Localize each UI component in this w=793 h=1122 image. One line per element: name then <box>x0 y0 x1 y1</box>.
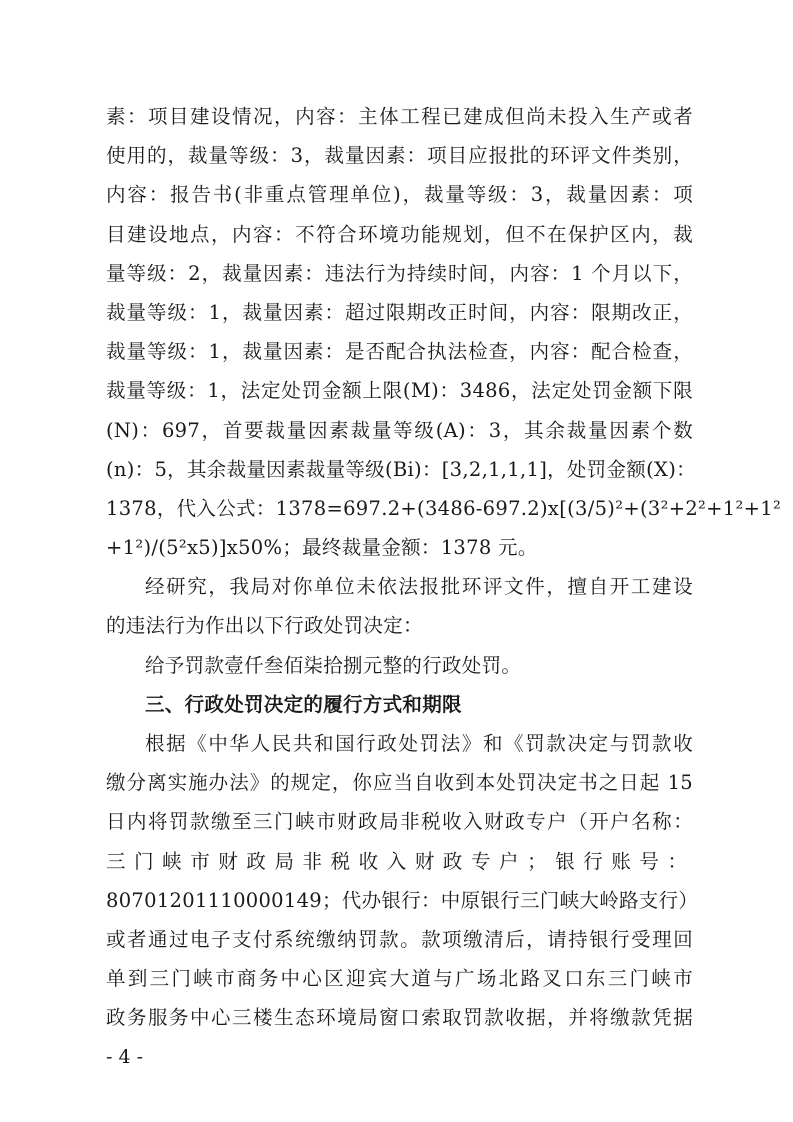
text-line: 日内将罚款缴至三门峡市财政局非税收入财政专户（开户名称： <box>106 802 693 841</box>
text-line: 素：项目建设情况，内容：主体工程已建成但尚未投入生产或者 <box>106 97 693 136</box>
text-line: 或者通过电子支付系统缴纳罚款。款项缴清后，请持银行受理回 <box>106 920 693 959</box>
document-page: 素：项目建设情况，内容：主体工程已建成但尚未投入生产或者 使用的，裁量等级：3，… <box>106 97 693 1038</box>
text-line: 裁量等级：1，法定处罚金额上限(M)：3486，法定处罚金额下限 <box>106 371 693 410</box>
text-line: (n)：5，其余裁量因素裁量等级(Bi)：[3,2,1,1,1]，处罚金额(X)… <box>106 450 693 489</box>
paragraph-start: 根据《中华人民共和国行政处罚法》和《罚款决定与罚款收 <box>106 724 693 763</box>
text-line: 的违法行为作出以下行政处罚决定： <box>106 606 693 645</box>
text-line: 单到三门峡市商务中心区迎宾大道与广场北路叉口东三门峡市 <box>106 959 693 998</box>
paragraph-start: 经研究，我局对你单位未依法报批环评文件，擅自开工建设 <box>106 567 693 606</box>
text-line: 政务服务中心三楼生态环境局窗口索取罚款收据，并将缴款凭据 <box>106 998 693 1037</box>
text-line: 裁量等级：1，裁量因素：超过限期改正时间，内容：限期改正， <box>106 293 693 332</box>
text-line: 目建设地点，内容：不符合环境功能规划，但不在保护区内，裁 <box>106 215 693 254</box>
text-line: 使用的，裁量等级：3，裁量因素：项目应报批的环评文件类别， <box>106 136 693 175</box>
penalty-decision: 给予罚款壹仟叁佰柒拾捌元整的行政处罚。 <box>106 646 693 685</box>
bank-account-line: 80701201110000149；代办银行：中原银行三门峡大岭路支行） <box>106 881 693 920</box>
formula-line-end: +1²)/(5²x5)]x50%；最终裁量金额：1378 元。 <box>106 528 693 567</box>
account-name-line: 三门峡市财政局非税收入财政专户；银行账号： <box>106 842 693 881</box>
text-line: (N)：697，首要裁量因素裁量等级(A)：3，其余裁量因素个数 <box>106 411 693 450</box>
text-line: 量等级：2，裁量因素：违法行为持续时间，内容：1 个月以下， <box>106 254 693 293</box>
section-heading: 三、行政处罚决定的履行方式和期限 <box>106 685 693 724</box>
formula-line: 1378，代入公式：1378=697.2+(3486-697.2)x[(3/5)… <box>106 489 693 528</box>
text-line: 内容：报告书(非重点管理单位)，裁量等级：3，裁量因素：项 <box>106 175 693 214</box>
text-line: 缴分离实施办法》的规定，你应当自收到本处罚决定书之日起 15 <box>106 763 693 802</box>
text-line: 裁量等级：1，裁量因素：是否配合执法检查，内容：配合检查， <box>106 332 693 371</box>
page-number: - 4 - <box>106 1042 143 1072</box>
